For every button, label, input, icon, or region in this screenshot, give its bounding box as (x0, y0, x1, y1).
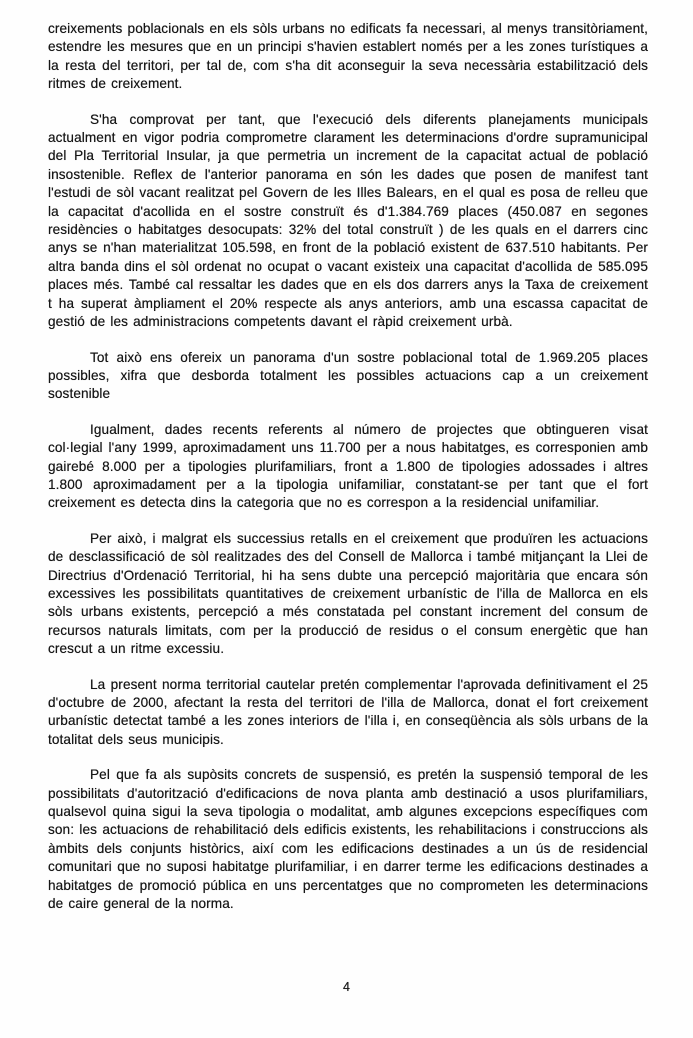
paragraph: La present norma territorial cautelar pr… (48, 676, 648, 750)
paragraph: Tot això ens ofereix un panorama d'un so… (48, 349, 648, 404)
document-body: creixements poblacionals en els sòls urb… (48, 20, 648, 930)
paragraph: Pel que fa als supòsits concrets de susp… (48, 766, 648, 913)
paragraph: Per això, i malgrat els successius retal… (48, 530, 648, 659)
paragraph: S'ha comprovat per tant, que l'execució … (48, 111, 648, 332)
page-number: 4 (0, 980, 693, 994)
paragraph-continued: creixements poblacionals en els sòls urb… (48, 20, 648, 94)
scanned-document-page: creixements poblacionals en els sòls urb… (0, 0, 693, 1038)
paragraph: Igualment, dades recents referents al nú… (48, 421, 648, 513)
